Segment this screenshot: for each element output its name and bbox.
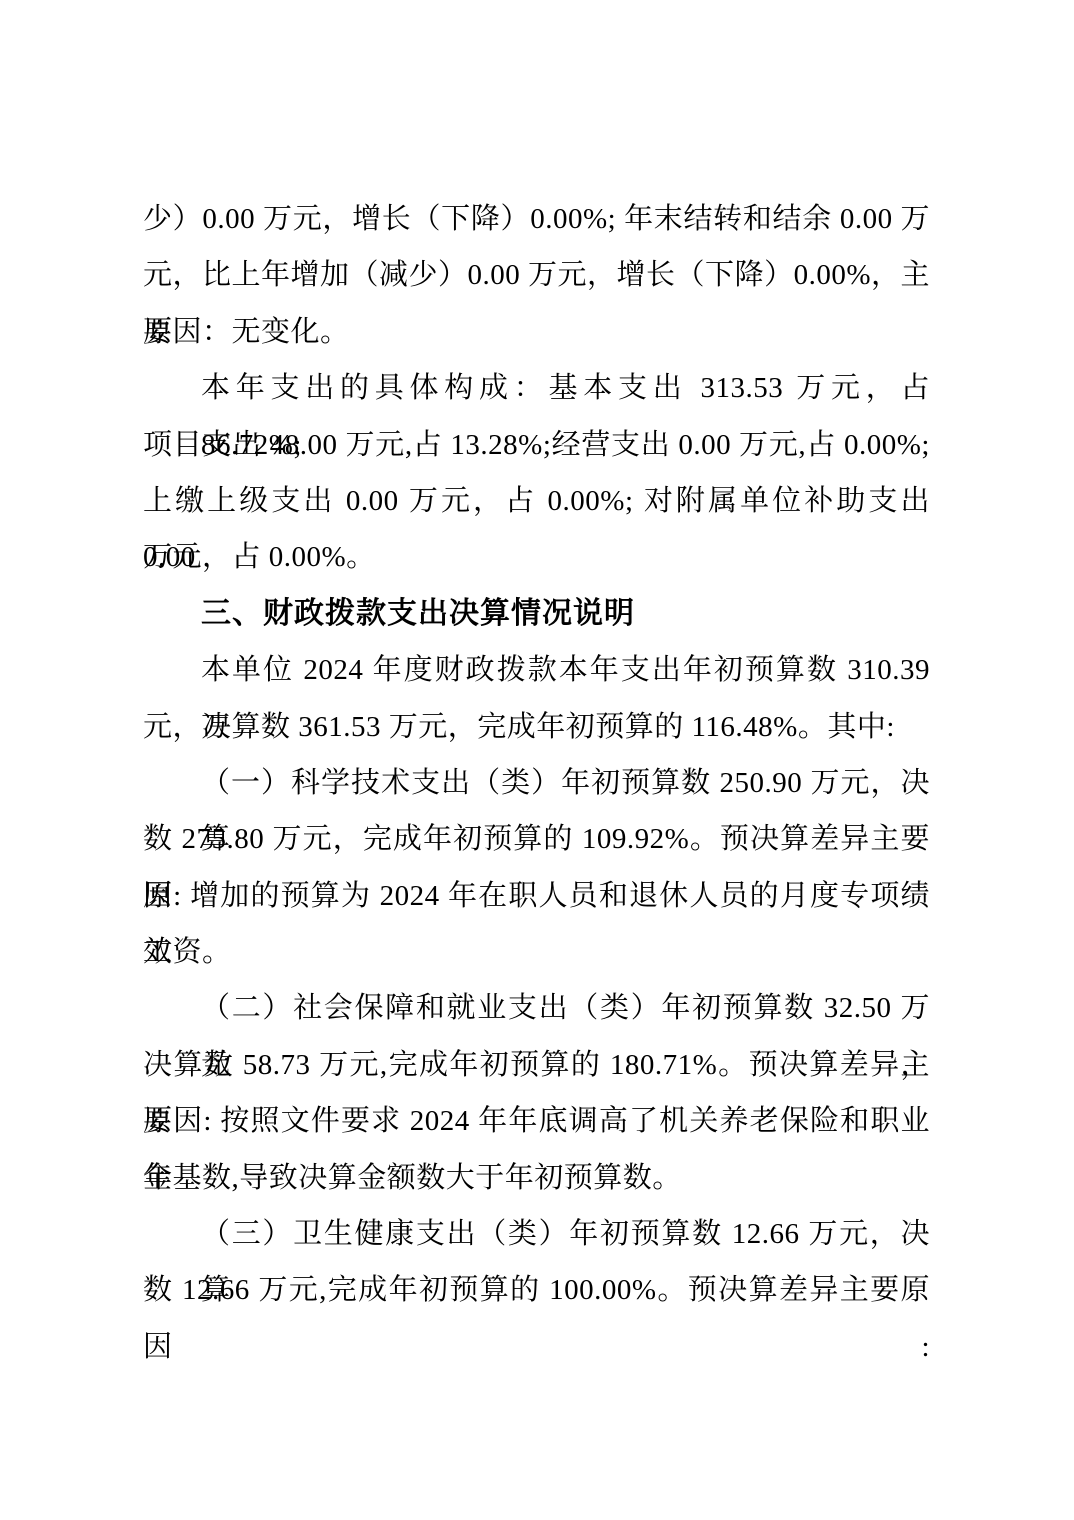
text-line: 本年支出的具体构成：基本支出 313.53 万元，占 86.72%;: [143, 360, 930, 416]
document-text-block: 少）0.00 万元，增长（下降）0.00%; 年末结转和结余 0.00 万元，比…: [143, 191, 930, 1319]
text-line: 项目支出 48.00 万元,占 13.28%;经营支出 0.00 万元,占 0.…: [143, 417, 930, 473]
text-line: 决算数 58.73 万元,完成年初预算的 180.71%。预决算差异主要: [143, 1037, 930, 1093]
text-line: 上缴上级支出 0.00 万元，占 0.00%; 对附属单位补助支出 0.00: [143, 473, 930, 529]
text-line: 万元，占 0.00%。: [143, 529, 930, 585]
text-line: 工资。: [143, 924, 930, 980]
text-line: 本单位 2024 年度财政拨款本年支出年初预算数 310.39 万: [143, 642, 930, 698]
text-line: 少）0.00 万元，增长（下降）0.00%; 年末结转和结余 0.00 万: [143, 191, 930, 247]
text-line: 原因：无变化。: [143, 304, 930, 360]
text-line: （三）卫生健康支出（类）年初预算数 12.66 万元，决算: [143, 1206, 930, 1262]
document-page: 少）0.00 万元，增长（下降）0.00%; 年末结转和结余 0.00 万元，比…: [0, 0, 1074, 1520]
text-line: 数 275.80 万元，完成年初预算的 109.92%。预决算差异主要原: [143, 811, 930, 867]
text-line: 金基数,导致决算金额数大于年初预算数。: [143, 1150, 930, 1206]
text-line: 元，决算数 361.53 万元，完成年初预算的 116.48%。其中:: [143, 699, 930, 755]
text-line: 数 12.66 万元,完成年初预算的 100.00%。预决算差异主要原因:: [143, 1262, 930, 1318]
text-line: 因: 增加的预算为 2024 年在职人员和退休人员的月度专项绩效: [143, 868, 930, 924]
section-heading: 三、财政拨款支出决算情况说明: [143, 586, 930, 642]
text-line: （二）社会保障和就业支出（类）年初预算数 32.50 万元，: [143, 980, 930, 1036]
text-line: 原因: 按照文件要求 2024 年年底调高了机关养老保险和职业年: [143, 1093, 930, 1149]
text-line: （一）科学技术支出（类）年初预算数 250.90 万元，决算: [143, 755, 930, 811]
text-line: 元，比上年增加（减少）0.00 万元，增长（下降）0.00%，主要: [143, 247, 930, 303]
